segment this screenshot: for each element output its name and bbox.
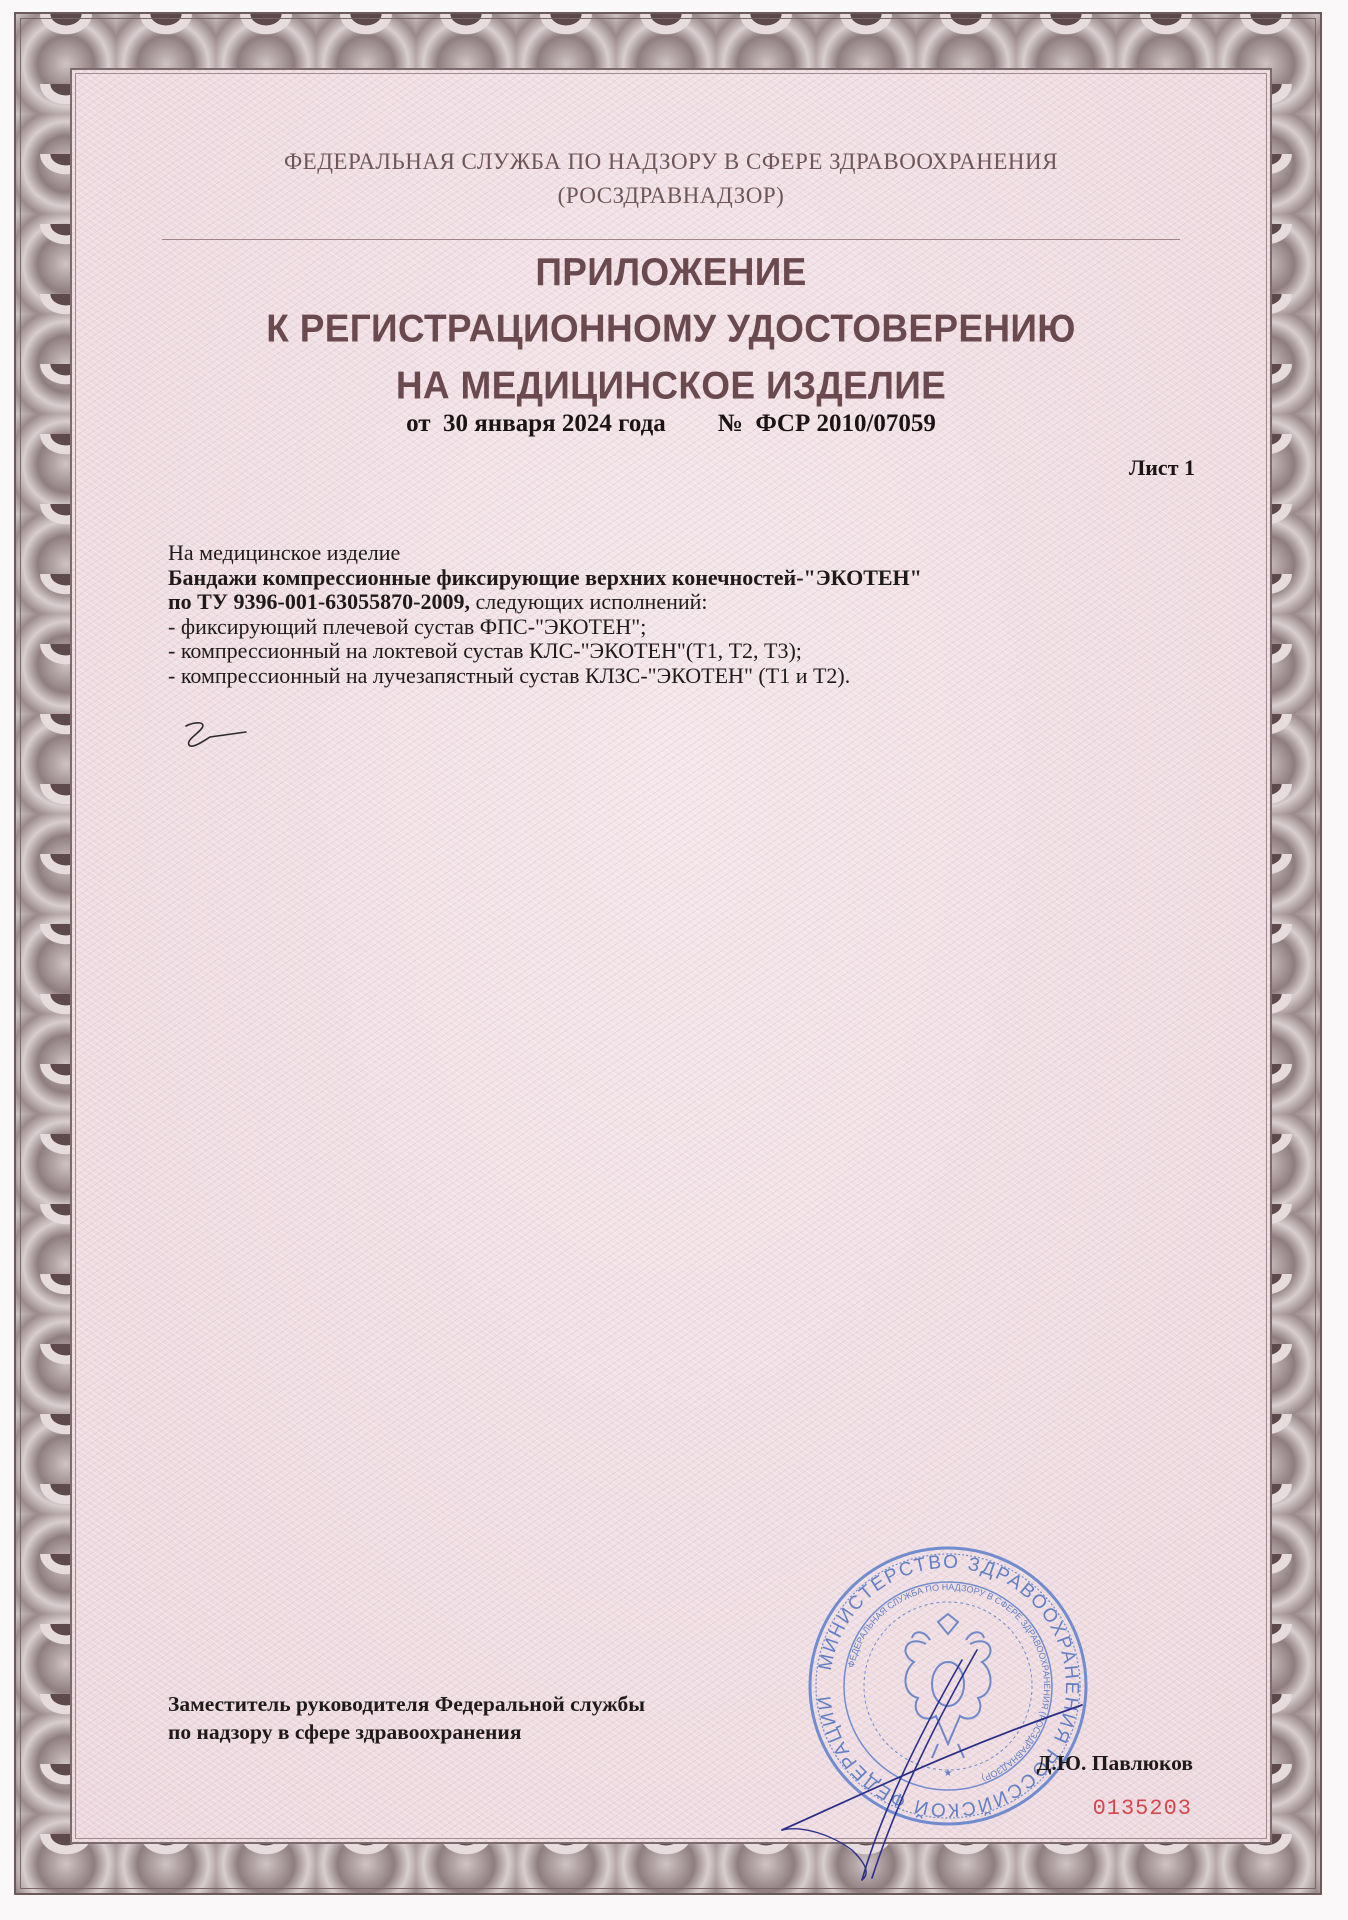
handwritten-initials-icon [180,720,250,750]
intro-text: На медицинское изделие [168,541,1188,566]
issuing-authority-header: ФЕДЕРАЛЬНАЯ СЛУЖБА ПО НАДЗОРУ В СФЕРЕ ЗД… [72,145,1270,213]
certificate-date: от 30 января 2024 года [406,410,666,437]
spec-number: по ТУ 9396-001-63055870-2009, [168,589,470,614]
title-line-1: ПРИЛОЖЕНИЕ [72,244,1270,301]
title-line-2: К РЕГИСТРАЦИОННОМУ УДОСТОВЕРЕНИЮ [72,301,1270,358]
device-description: На медицинское изделие Бандажи компресси… [168,541,1188,688]
product-name: Бандажи компрессионные фиксирующие верхн… [168,566,1188,591]
sheet-number: Лист 1 [1129,455,1195,481]
variant-item: - компрессионный на локтевой сустав КЛС-… [168,639,1188,664]
spec-rest: следующих исполнений: [470,589,708,614]
position-line-2: по надзору в сфере здравоохранения [168,1718,645,1746]
variant-item: - компрессионный на лучезапястный сустав… [168,664,1188,689]
variant-item: - фиксирующий плечевой сустав ФПС-"ЭКОТЕ… [168,615,1188,640]
document-title: ПРИЛОЖЕНИЕ К РЕГИСТРАЦИОННОМУ УДОСТОВЕРЕ… [72,244,1270,414]
authority-abbreviation: (РОСЗДРАВНАДЗОР) [72,179,1270,213]
signatory-name: Д.Ю. Павлюков [1037,1751,1193,1776]
title-line-3: НА МЕДИЦИНСКОЕ ИЗДЕЛИЕ [72,357,1270,414]
spec-line: по ТУ 9396-001-63055870-2009, следующих … [168,590,1188,615]
certificate-date-number: от 30 января 2024 года№ ФСР 2010/07059 [72,410,1270,438]
authority-name: ФЕДЕРАЛЬНАЯ СЛУЖБА ПО НАДЗОРУ В СФЕРЕ ЗД… [72,145,1270,179]
header-divider [162,239,1180,240]
document-page: ФЕДЕРАЛЬНАЯ СЛУЖБА ПО НАДЗОРУ В СФЕРЕ ЗД… [70,68,1272,1844]
signatory-position: Заместитель руководителя Федеральной слу… [168,1690,645,1746]
handwritten-signature-icon [722,1610,1102,1890]
position-line-1: Заместитель руководителя Федеральной слу… [168,1690,645,1718]
serial-number: 0135203 [1093,1796,1192,1821]
certificate-number: № ФСР 2010/07059 [718,410,936,437]
